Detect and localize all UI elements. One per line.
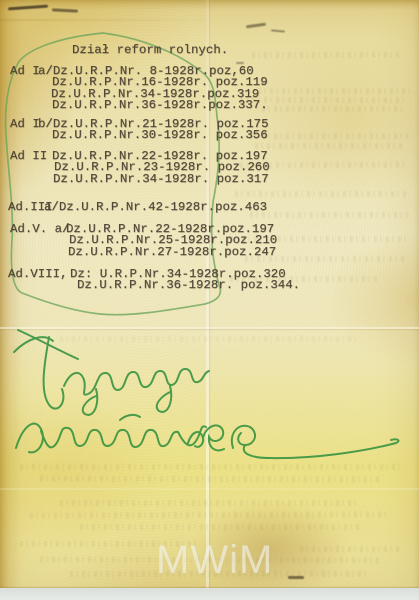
entry-line: Dz.U.R.P.Nr.27-1928r.poz.247 (68, 247, 277, 258)
dirt-smudge (52, 8, 78, 12)
entry-line: Dz.U.R.P.Nr.34-1928r. poz.317 (53, 174, 270, 185)
entry-line: Dz.U.R.P.Nr.36-1928r. poz.344. (77, 280, 300, 291)
bleed-row (60, 500, 360, 506)
entry-block: Ad.VIII, Dz: U.R.P.Nr.34-1928r.poz.320 D… (0, 269, 419, 293)
wrinkle-shadow-top (0, 19, 230, 21)
entry-label: Ad II (10, 151, 47, 162)
dirt-smudge (288, 576, 304, 579)
dirt-smudge (246, 23, 266, 29)
entry-line: Dz.U.R.P.Nr.36-1928r.poz.337. (52, 100, 268, 111)
document-scan: Dział reform rolnych. Ad I a/Dz.U.R.P.Nr… (0, 0, 419, 600)
bleed-row (255, 143, 405, 149)
bleed-row (252, 51, 402, 58)
entry-line: Dz.U.R.P.Nr.30-1928r. poz.356 (52, 130, 269, 141)
bleed-row (60, 336, 360, 342)
bleed-row (20, 464, 400, 470)
dirt-smudge (8, 5, 48, 11)
bleed-row (40, 475, 380, 482)
entry-block: Ad I b/Dz.U.R.P.Nr.21-1928r. poz.175 Dz.… (0, 119, 419, 143)
page-title: Dział reform rolnych. (72, 45, 228, 56)
entry-block: Ad I a/Dz.U.R.P.Nr. 8-1928r.poz,60 Dz.U.… (0, 66, 419, 112)
bleed-row (80, 524, 360, 530)
dirt-smudge (271, 29, 285, 32)
entry-label: Ad.V. a/ (10, 224, 70, 235)
archive-watermark: MWiM (156, 538, 273, 583)
entry-label: Ad.VIII, (8, 269, 68, 280)
scanner-edge (0, 588, 419, 600)
entry-block: Ad II Dz.U.R.P.Nr.22-1928r. poz.197 Dz.U… (0, 151, 419, 187)
entry-block: Ad.V. a/ Dz.U.R.P.Nr.22-1928r.poz.197 Dz… (0, 224, 419, 260)
entry-block: Ad.III a/Dz.U.R.P.Nr.42-1928r.poz.463 (0, 202, 419, 216)
bleed-row (300, 546, 400, 552)
bleed-row (30, 511, 390, 518)
bleed-row (235, 191, 409, 197)
fold-crease-horizontal (0, 327, 419, 329)
fold-crease-horizontal-2 (0, 488, 419, 490)
entry-label: Ad I (10, 66, 40, 77)
entry-label: Ad I (10, 119, 40, 130)
entry-line: a/Dz.U.R.P.Nr.42-1928r.poz.463 (44, 202, 267, 213)
